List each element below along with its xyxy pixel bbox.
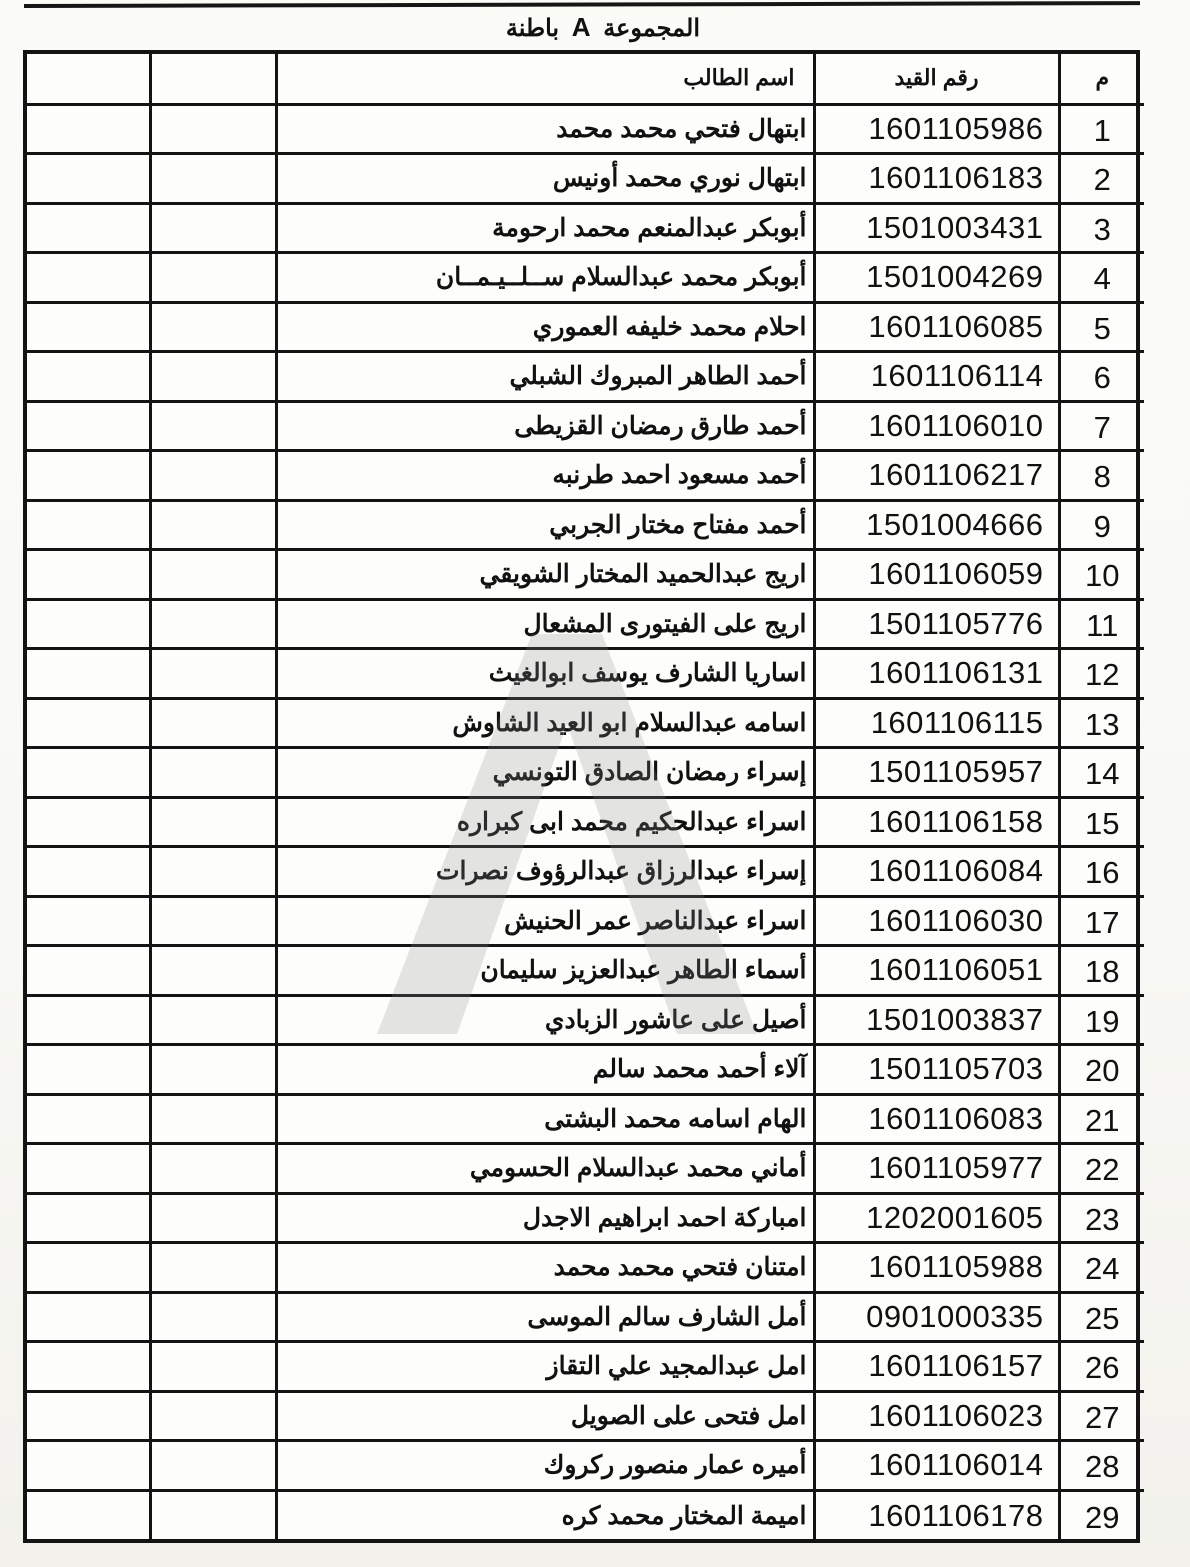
- blank-cell-2: [150, 253, 276, 303]
- top-rule: [24, 1, 1140, 8]
- row-index-cell: 7: [1059, 401, 1144, 451]
- student-id-cell: 1601106059: [814, 550, 1059, 600]
- header-index: م: [1059, 54, 1144, 104]
- student-name-cell: اريج عبدالحميد المختار الشويقي: [276, 550, 814, 600]
- row-index-cell: 18: [1059, 946, 1144, 996]
- row-index-cell: 2: [1059, 154, 1144, 204]
- blank-cell-2: [150, 599, 276, 649]
- row-index-cell: 13: [1059, 698, 1144, 748]
- student-name-cell: امل عبدالمجيد علي التقاز: [276, 1342, 814, 1392]
- student-name-cell: اسراء عبدالناصر عمر الحنيش: [276, 896, 814, 946]
- student-name-cell: اميمة المختار محمد كره: [276, 1490, 814, 1540]
- blank-cell-1: [27, 1391, 150, 1441]
- student-id-cell: 1501004666: [814, 500, 1059, 550]
- table-body: ابتهال فتحي محمد محمد16011059861ابتهال ن…: [27, 104, 1144, 1540]
- student-id-cell: 1501105957: [814, 748, 1059, 798]
- student-name-cell: ابتهال فتحي محمد محمد: [276, 104, 814, 154]
- student-id-cell: 1601106178: [814, 1490, 1059, 1540]
- student-name-cell: أحمد طارق رمضان القزيطى: [276, 401, 814, 451]
- table-row: امل عبدالمجيد علي التقاز160110615726: [27, 1342, 1144, 1392]
- document-page: المجموعة A باطنة اسم الطالب رقم القيد م: [0, 0, 1190, 1567]
- student-id-cell: 1501105776: [814, 599, 1059, 649]
- blank-cell-2: [150, 1094, 276, 1144]
- table-row: أمل الشارف سالم الموسى090100033525: [27, 1292, 1144, 1342]
- table-row: اميمة المختار محمد كره160110617829: [27, 1490, 1144, 1540]
- blank-cell-1: [27, 451, 150, 501]
- student-id-cell: 1601105988: [814, 1243, 1059, 1293]
- blank-cell-2: [150, 401, 276, 451]
- blank-cell-2: [150, 1045, 276, 1095]
- blank-cell-1: [27, 550, 150, 600]
- blank-cell-2: [150, 1441, 276, 1491]
- table-row: امباركة احمد ابراهيم الاجدل120200160523: [27, 1193, 1144, 1243]
- table-row: أصيل على عاشور الزبادي150100383719: [27, 995, 1144, 1045]
- blank-cell-2: [150, 1391, 276, 1441]
- student-name-cell: اسامه عبدالسلام ابو العيد الشاوش: [276, 698, 814, 748]
- blank-cell-1: [27, 1243, 150, 1293]
- student-id-cell: 0901000335: [814, 1292, 1059, 1342]
- student-id-cell: 1601106217: [814, 451, 1059, 501]
- row-index-cell: 11: [1059, 599, 1144, 649]
- table-row: امتنان فتحي محمد محمد160110598824: [27, 1243, 1144, 1293]
- student-name-cell: آلاء أحمد محمد سالم: [276, 1045, 814, 1095]
- table-row: الهام اسامه محمد البشتى160110608321: [27, 1094, 1144, 1144]
- table-header-row: اسم الطالب رقم القيد م: [27, 54, 1144, 104]
- blank-cell-2: [150, 1193, 276, 1243]
- row-index-cell: 16: [1059, 847, 1144, 897]
- student-name-cell: امباركة احمد ابراهيم الاجدل: [276, 1193, 814, 1243]
- blank-cell-2: [150, 104, 276, 154]
- blank-cell-1: [27, 352, 150, 402]
- blank-cell-1: [27, 1490, 150, 1540]
- row-index-cell: 28: [1059, 1441, 1144, 1491]
- blank-cell-1: [27, 995, 150, 1045]
- page-title: المجموعة A باطنة: [300, 10, 700, 44]
- blank-cell-2: [150, 1342, 276, 1392]
- table-row: أسماء الطاهر عبدالعزيز سليمان16011060511…: [27, 946, 1144, 996]
- student-name-cell: إسراء عبدالرزاق عبدالرؤوف نصرات: [276, 847, 814, 897]
- blank-cell-1: [27, 1342, 150, 1392]
- table-row: ابتهال نوري محمد أونيس16011061832: [27, 154, 1144, 204]
- blank-cell-1: [27, 154, 150, 204]
- header-blank-1: [27, 54, 150, 104]
- blank-cell-2: [150, 1243, 276, 1293]
- row-index-cell: 8: [1059, 451, 1144, 501]
- table-row: اسراء عبدالناصر عمر الحنيش160110603017: [27, 896, 1144, 946]
- blank-cell-2: [150, 649, 276, 699]
- student-id-cell: 1601106114: [814, 352, 1059, 402]
- blank-cell-2: [150, 1490, 276, 1540]
- table-row: اسراء عبدالحكيم محمد ابى كبراره160110615…: [27, 797, 1144, 847]
- table-row: أميره عمار منصور ركروك160110601428: [27, 1441, 1144, 1491]
- row-index-cell: 29: [1059, 1490, 1144, 1540]
- blank-cell-1: [27, 253, 150, 303]
- student-name-cell: أماني محمد عبدالسلام الحسومي: [276, 1144, 814, 1194]
- blank-cell-1: [27, 203, 150, 253]
- row-index-cell: 19: [1059, 995, 1144, 1045]
- row-index-cell: 4: [1059, 253, 1144, 303]
- student-name-cell: أمل الشارف سالم الموسى: [276, 1292, 814, 1342]
- student-name-cell: الهام اسامه محمد البشتى: [276, 1094, 814, 1144]
- row-index-cell: 27: [1059, 1391, 1144, 1441]
- student-name-cell: أحمد مسعود احمد طرنبه: [276, 451, 814, 501]
- blank-cell-2: [150, 500, 276, 550]
- blank-cell-1: [27, 649, 150, 699]
- blank-cell-2: [150, 352, 276, 402]
- blank-cell-2: [150, 203, 276, 253]
- student-roster-table: اسم الطالب رقم القيد م ابتهال فتحي محمد …: [27, 54, 1144, 1540]
- title-prefix: المجموعة: [603, 15, 700, 42]
- header-student-id: رقم القيد: [814, 54, 1059, 104]
- blank-cell-1: [27, 946, 150, 996]
- table-row: اسامه عبدالسلام ابو العيد الشاوش16011061…: [27, 698, 1144, 748]
- table-row: إسراء رمضان الصادق التونسي150110595714: [27, 748, 1144, 798]
- student-name-cell: أصيل على عاشور الزبادي: [276, 995, 814, 1045]
- student-id-cell: 1601106183: [814, 154, 1059, 204]
- row-index-cell: 14: [1059, 748, 1144, 798]
- blank-cell-1: [27, 1094, 150, 1144]
- row-index-cell: 25: [1059, 1292, 1144, 1342]
- student-name-cell: ابتهال نوري محمد أونيس: [276, 154, 814, 204]
- table-row: ابتهال فتحي محمد محمد16011059861: [27, 104, 1144, 154]
- student-name-cell: أسماء الطاهر عبدالعزيز سليمان: [276, 946, 814, 996]
- blank-cell-2: [150, 698, 276, 748]
- row-index-cell: 20: [1059, 1045, 1144, 1095]
- table-row: إسراء عبدالرزاق عبدالرؤوف نصرات160110608…: [27, 847, 1144, 897]
- header-blank-2: [150, 54, 276, 104]
- blank-cell-2: [150, 847, 276, 897]
- blank-cell-2: [150, 995, 276, 1045]
- table-row: امل فتحى على الصويل160110602327: [27, 1391, 1144, 1441]
- table-row: اريج عبدالحميد المختار الشويقي1601106059…: [27, 550, 1144, 600]
- table-row: أحمد مفتاح مختار الجربي15010046669: [27, 500, 1144, 550]
- row-index-cell: 6: [1059, 352, 1144, 402]
- row-index-cell: 12: [1059, 649, 1144, 699]
- row-index-cell: 10: [1059, 550, 1144, 600]
- student-name-cell: اسراء عبدالحكيم محمد ابى كبراره: [276, 797, 814, 847]
- blank-cell-2: [150, 550, 276, 600]
- row-index-cell: 22: [1059, 1144, 1144, 1194]
- blank-cell-1: [27, 748, 150, 798]
- student-id-cell: 1501105703: [814, 1045, 1059, 1095]
- blank-cell-1: [27, 1144, 150, 1194]
- row-index-cell: 15: [1059, 797, 1144, 847]
- blank-cell-2: [150, 896, 276, 946]
- row-index-cell: 1: [1059, 104, 1144, 154]
- roster-sheet: اسم الطالب رقم القيد م ابتهال فتحي محمد …: [23, 50, 1140, 1543]
- student-id-cell: 1601106084: [814, 847, 1059, 897]
- student-name-cell: اريج على الفيتورى المشعال: [276, 599, 814, 649]
- blank-cell-1: [27, 599, 150, 649]
- student-id-cell: 1601106083: [814, 1094, 1059, 1144]
- student-id-cell: 1601105977: [814, 1144, 1059, 1194]
- row-index-cell: 17: [1059, 896, 1144, 946]
- student-id-cell: 1601106157: [814, 1342, 1059, 1392]
- student-id-cell: 1601106023: [814, 1391, 1059, 1441]
- blank-cell-2: [150, 748, 276, 798]
- blank-cell-2: [150, 302, 276, 352]
- row-index-cell: 5: [1059, 302, 1144, 352]
- blank-cell-2: [150, 946, 276, 996]
- student-name-cell: إسراء رمضان الصادق التونسي: [276, 748, 814, 798]
- student-id-cell: 1601106158: [814, 797, 1059, 847]
- student-name-cell: احلام محمد خليفه العموري: [276, 302, 814, 352]
- student-id-cell: 1601106051: [814, 946, 1059, 996]
- student-name-cell: أميره عمار منصور ركروك: [276, 1441, 814, 1491]
- blank-cell-2: [150, 451, 276, 501]
- blank-cell-1: [27, 1441, 150, 1491]
- row-index-cell: 26: [1059, 1342, 1144, 1392]
- blank-cell-1: [27, 1193, 150, 1243]
- blank-cell-2: [150, 1292, 276, 1342]
- table-row: اريج على الفيتورى المشعال150110577611: [27, 599, 1144, 649]
- student-id-cell: 1601106131: [814, 649, 1059, 699]
- row-index-cell: 23: [1059, 1193, 1144, 1243]
- student-name-cell: امتنان فتحي محمد محمد: [276, 1243, 814, 1293]
- student-name-cell: أبوبكر عبدالمنعم محمد ارحومة: [276, 203, 814, 253]
- blank-cell-1: [27, 797, 150, 847]
- student-id-cell: 1501003837: [814, 995, 1059, 1045]
- student-id-cell: 1601105986: [814, 104, 1059, 154]
- table-row: أبوبكر محمد عبدالسلام ســلــيـمــان15010…: [27, 253, 1144, 303]
- table-row: أبوبكر عبدالمنعم محمد ارحومة15010034313: [27, 203, 1144, 253]
- table-row: أحمد الطاهر المبروك الشبلي16011061146: [27, 352, 1144, 402]
- title-suffix: باطنة: [506, 15, 559, 42]
- student-id-cell: 1601106010: [814, 401, 1059, 451]
- header-student-name: اسم الطالب: [276, 54, 814, 104]
- blank-cell-1: [27, 500, 150, 550]
- student-id-cell: 1601106014: [814, 1441, 1059, 1491]
- student-name-cell: أحمد الطاهر المبروك الشبلي: [276, 352, 814, 402]
- student-name-cell: امل فتحى على الصويل: [276, 1391, 814, 1441]
- student-id-cell: 1501004269: [814, 253, 1059, 303]
- row-index-cell: 21: [1059, 1094, 1144, 1144]
- blank-cell-1: [27, 104, 150, 154]
- student-id-cell: 1202001605: [814, 1193, 1059, 1243]
- blank-cell-1: [27, 302, 150, 352]
- table-row: احلام محمد خليفه العموري16011060855: [27, 302, 1144, 352]
- row-index-cell: 9: [1059, 500, 1144, 550]
- student-id-cell: 1601106115: [814, 698, 1059, 748]
- blank-cell-1: [27, 1045, 150, 1095]
- student-id-cell: 1601106085: [814, 302, 1059, 352]
- blank-cell-2: [150, 154, 276, 204]
- student-name-cell: أحمد مفتاح مختار الجربي: [276, 500, 814, 550]
- blank-cell-1: [27, 401, 150, 451]
- table-row: اساريا الشارف يوسف ابوالغيث160110613112: [27, 649, 1144, 699]
- row-index-cell: 3: [1059, 203, 1144, 253]
- blank-cell-2: [150, 1144, 276, 1194]
- student-name-cell: أبوبكر محمد عبدالسلام ســلــيـمــان: [276, 253, 814, 303]
- blank-cell-2: [150, 797, 276, 847]
- table-row: أحمد طارق رمضان القزيطى16011060107: [27, 401, 1144, 451]
- student-name-cell: اساريا الشارف يوسف ابوالغيث: [276, 649, 814, 699]
- blank-cell-1: [27, 1292, 150, 1342]
- group-letter: A: [572, 12, 591, 42]
- table-row: أحمد مسعود احمد طرنبه16011062178: [27, 451, 1144, 501]
- table-row: أماني محمد عبدالسلام الحسومي160110597722: [27, 1144, 1144, 1194]
- student-id-cell: 1501003431: [814, 203, 1059, 253]
- blank-cell-1: [27, 847, 150, 897]
- blank-cell-1: [27, 698, 150, 748]
- row-index-cell: 24: [1059, 1243, 1144, 1293]
- student-id-cell: 1601106030: [814, 896, 1059, 946]
- table-row: آلاء أحمد محمد سالم150110570320: [27, 1045, 1144, 1095]
- blank-cell-1: [27, 896, 150, 946]
